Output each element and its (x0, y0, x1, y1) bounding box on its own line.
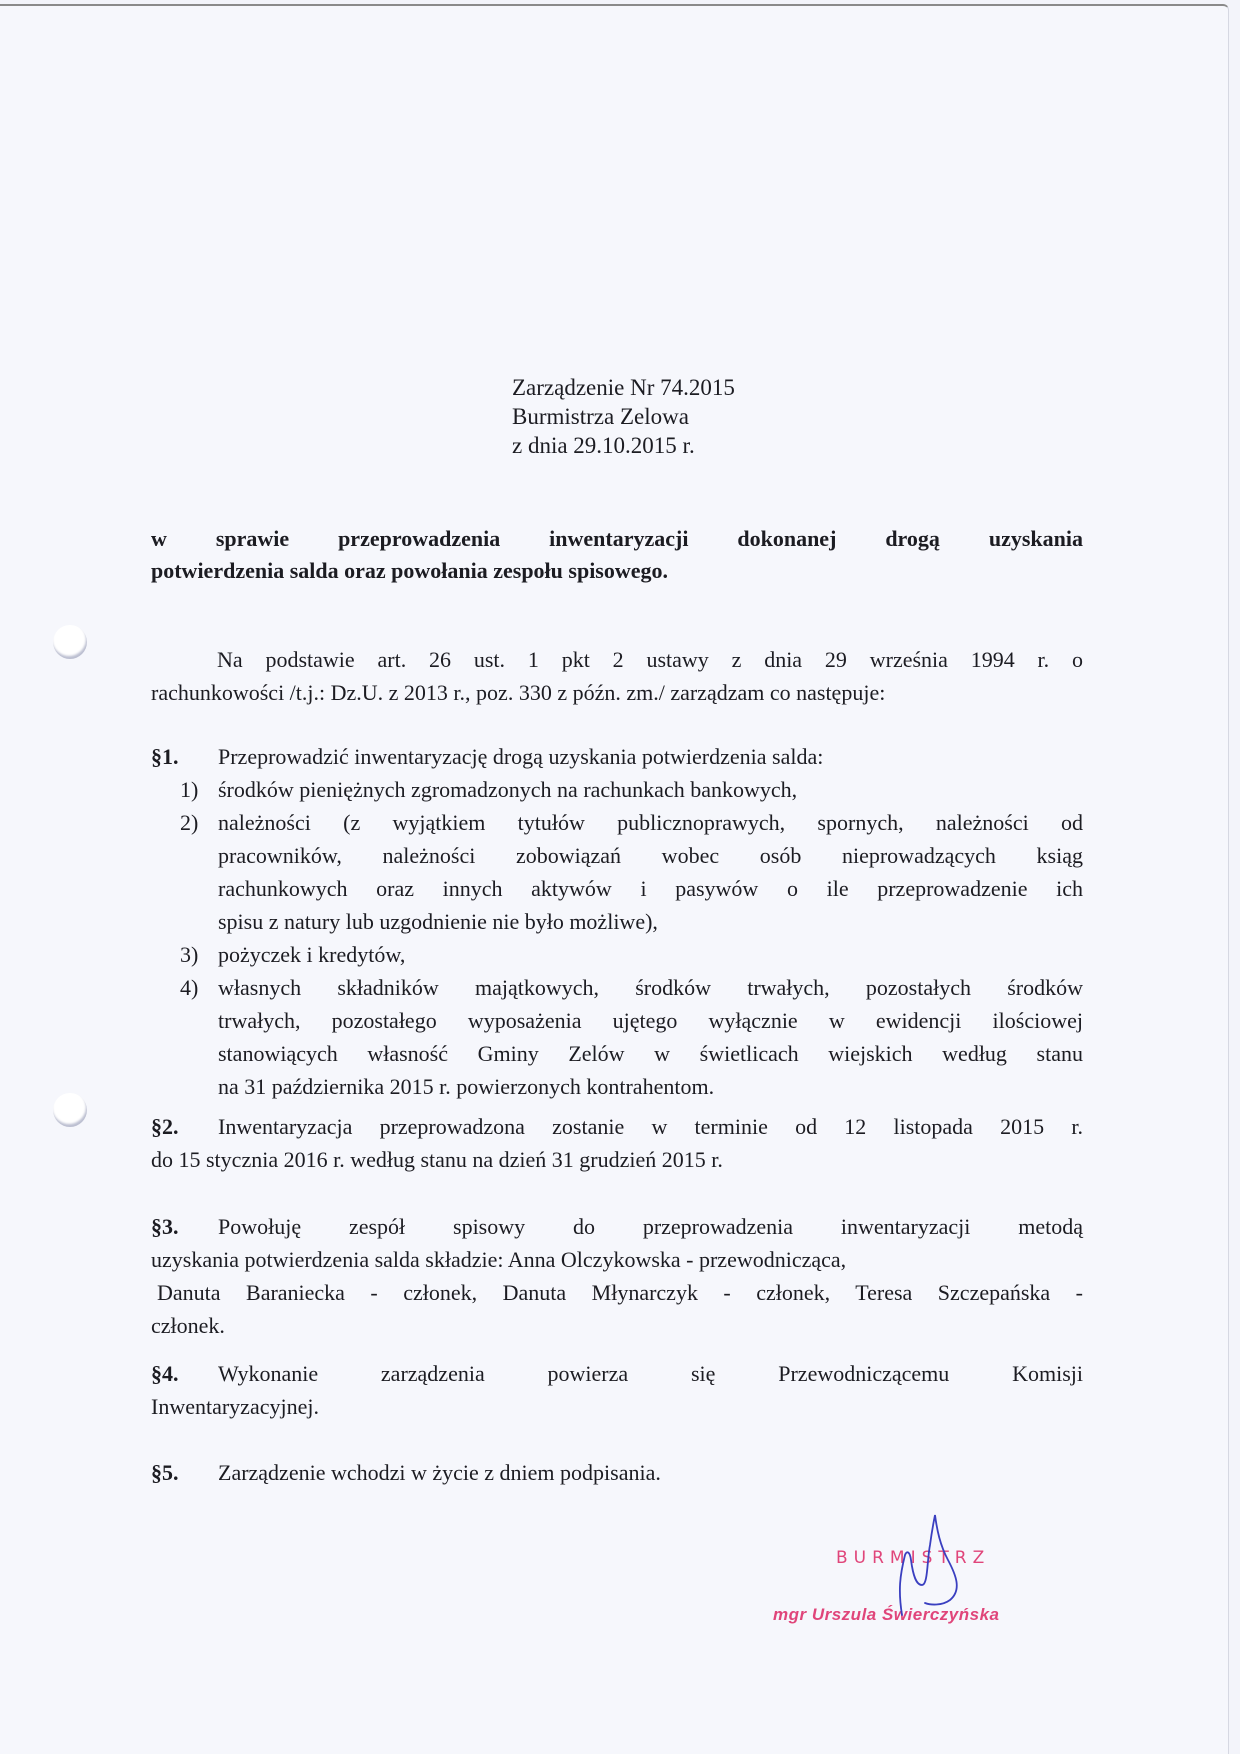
section-3-line-4: członek. (151, 1309, 1083, 1342)
section-label: §2. (151, 1110, 218, 1143)
list-text: środków pieniężnych zgromadzonych na rac… (218, 773, 1083, 806)
heading-title: Zarządzenie Nr 74.2015 (512, 373, 735, 402)
section-4: §4.Wykonanie zarządzenia powierza się Pr… (151, 1357, 1083, 1423)
list-text: pracowników, należności zobowiązań wobec… (218, 839, 1083, 872)
list-item: 3) pożyczek i kredytów, (151, 938, 1083, 971)
list-number: 3) (180, 938, 198, 971)
list-number: 4) (180, 971, 198, 1004)
list-item: 4) własnych składników majątkowych, środ… (151, 971, 1083, 1103)
section-2-line-2: do 15 stycznia 2016 r. według stanu na d… (151, 1143, 1083, 1176)
list-number: 2) (180, 806, 198, 839)
subject-line-1: w sprawie przeprowadzenia inwentaryzacji… (151, 523, 1083, 555)
section-label: §5. (151, 1456, 218, 1489)
list-text: własnych składników majątkowych, środków… (218, 971, 1083, 1004)
list-text: trwałych, pozostałego wyposażenia ujęteg… (218, 1004, 1083, 1037)
heading-issuer: Burmistrza Zelowa (512, 402, 735, 431)
list-item: 2) należności (z wyjątkiem tytułów publi… (151, 806, 1083, 938)
section-3: §3.Powołuję zespół spisowy do przeprowad… (151, 1210, 1083, 1342)
section-4-line-1: Wykonanie zarządzenia powierza się Przew… (218, 1357, 1083, 1390)
list-number: 1) (180, 773, 198, 806)
list-text: na 31 października 2015 r. powierzonych … (218, 1070, 1083, 1103)
section-label: §4. (151, 1357, 218, 1390)
section-label: §1. (151, 740, 218, 773)
list-item: 1) środków pieniężnych zgromadzonych na … (151, 773, 1083, 806)
section-1-intro: Przeprowadzić inwentaryzację drogą uzysk… (218, 744, 823, 769)
list-text: spisu z natury lub uzgodnienie nie było … (218, 905, 1083, 938)
handwritten-signature (880, 1500, 990, 1630)
punch-hole (53, 625, 87, 659)
section-3-line-1: Powołuję zespół spisowy do przeprowadzen… (218, 1210, 1083, 1243)
punch-hole (53, 1093, 87, 1127)
section-2: §2.Inwentaryzacja przeprowadzona zostani… (151, 1110, 1083, 1176)
list-text: pożyczek i kredytów, (218, 938, 1083, 971)
section-label: §3. (151, 1210, 218, 1243)
basis-line-2: rachunkowości /t.j.: Dz.U. z 2013 r., po… (151, 676, 1083, 709)
section-1: §1.Przeprowadzić inwentaryzację drogą uz… (151, 740, 1083, 1103)
section-3-line-3: Danuta Baraniecka - członek, Danuta Młyn… (151, 1276, 1083, 1309)
basis-line-1: Na podstawie art. 26 ust. 1 pkt 2 ustawy… (151, 643, 1083, 676)
section-4-line-2: Inwentaryzacyjnej. (151, 1390, 1083, 1423)
list-text: stanowiących własność Gminy Zelów w świe… (218, 1037, 1083, 1070)
section-2-line-1: Inwentaryzacja przeprowadzona zostanie w… (218, 1110, 1083, 1143)
list-text: należności (z wyjątkiem tytułów publiczn… (218, 806, 1083, 839)
list-text: rachunkowych oraz innych aktywów i pasyw… (218, 872, 1083, 905)
section-5-text: Zarządzenie wchodzi w życie z dniem podp… (218, 1460, 661, 1485)
legal-basis: Na podstawie art. 26 ust. 1 pkt 2 ustawy… (151, 643, 1083, 709)
section-3-line-2: uzyskania potwierdzenia salda składzie: … (151, 1243, 1083, 1276)
document-subject: w sprawie przeprowadzenia inwentaryzacji… (151, 523, 1083, 587)
subject-line-2: potwierdzenia salda oraz powołania zespo… (151, 555, 1083, 587)
heading-date: z dnia 29.10.2015 r. (512, 431, 735, 460)
document-heading: Zarządzenie Nr 74.2015 Burmistrza Zelowa… (512, 373, 735, 460)
section-5: §5.Zarządzenie wchodzi w życie z dniem p… (151, 1456, 1083, 1489)
